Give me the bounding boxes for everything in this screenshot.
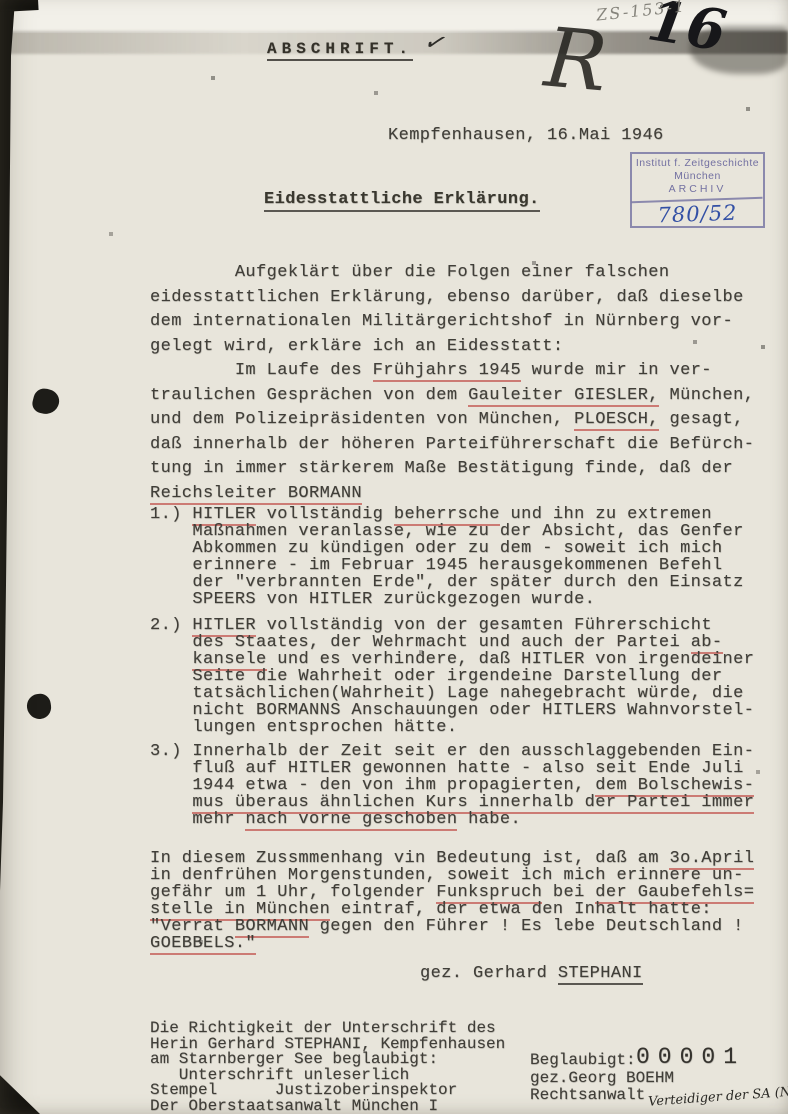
copy-header: ABSCHRIFT. — [267, 40, 413, 61]
typed-line: fluß auf HITLER gewonnen hatte - also se… — [150, 760, 766, 777]
archive-stamp-text: Institut f. Zeitgeschichte München ARCHI… — [632, 154, 763, 199]
typed-text: lungen entsprochen hätte. — [150, 718, 457, 737]
typed-text: mehr — [150, 810, 245, 829]
typed-line: traulichen Gesprächen von dem Gauleiter … — [150, 384, 766, 409]
typed-line: SPEERS von HITLER zurückgezogen wurde. — [150, 591, 766, 608]
typed-line: daß innerhalb der höheren Parteiführersc… — [150, 433, 766, 458]
typed-line: In diesem Zussmmenhang vin Bedeutung ist… — [150, 850, 766, 867]
typed-text: München, — [659, 386, 754, 405]
typed-body: Aufgeklärt über die Folgen einer falsche… — [150, 261, 766, 952]
typed-text: Aufgeklärt über die Folgen einer falsche… — [150, 263, 669, 282]
stamp-line-3: ARCHIV — [632, 183, 763, 196]
typed-line: gelegt wird, erkläre ich an Eidesstatt: — [150, 335, 766, 360]
typed-line: stelle in München eintraf, der etwa den … — [150, 901, 766, 918]
typed-line: Maßnahmen veranlasse, wie zu der Absicht… — [150, 523, 766, 540]
typed-text: habe. — [457, 810, 521, 829]
hole-punch-dot — [25, 692, 52, 720]
paragraph-item1: 1.) HITLER vollständig beherrsche und ih… — [150, 506, 766, 608]
typed-line: nicht BORMANNS Anschauungen oder HITLERS… — [150, 702, 766, 719]
typed-line: tung in immer stärkerem Maße Bestätigung… — [150, 457, 766, 482]
signature-prefix: gez. Gerhard — [420, 964, 558, 983]
certification-left: Die Richtigkeit der Unterschrift desHeri… — [150, 1021, 505, 1114]
typed-text: Im Laufe des — [150, 361, 373, 380]
scan-corner-top-left — [0, 0, 39, 12]
document-title: Eidesstattliche Erklärung. — [264, 190, 540, 212]
archive-stamp: Institut f. Zeitgeschichte München ARCHI… — [630, 152, 765, 228]
underlined-text: PLOESCH, — [574, 410, 659, 431]
typed-line: mus überaus ähnlichen Kurs innerhalb der… — [150, 794, 766, 811]
archive-number: 780/52 — [632, 197, 764, 231]
typed-text: eidesstattlichen Erklärung, ebenso darüb… — [150, 288, 744, 307]
typed-text: gelegt wird, erkläre ich an Eidesstatt: — [150, 337, 563, 356]
typed-line: "Verrat BORMANN gegen den Führer ! Es le… — [150, 918, 766, 935]
signature-name: STEPHANI — [558, 964, 643, 985]
paragraph-closing: In diesem Zussmmenhang vin Bedeutung ist… — [150, 850, 766, 952]
hole-punch-dot — [30, 386, 61, 417]
typed-line: kansele und es verhindere, daß HITLER vo… — [150, 651, 766, 668]
stamp-line-2: München — [632, 170, 763, 183]
typed-line: eidesstattlichen Erklärung, ebenso darüb… — [150, 286, 766, 311]
typed-line: Reichsleiter BORMANN — [150, 482, 766, 507]
typed-text: daß innerhalb der höheren Parteiführersc… — [150, 435, 754, 454]
typed-line: 2.) HITLER vollständig von der gesamten … — [150, 617, 766, 634]
typed-text: und dem Polizeipräsidenten von München, — [150, 410, 574, 429]
typed-line: in denfrühen Morgenstunden, soweit ich m… — [150, 867, 766, 884]
underlined-text: nach vorne geschoben — [245, 810, 457, 831]
typed-line: 3.) Innerhalb der Zeit seit er den aussc… — [150, 743, 766, 760]
typed-text: tung in immer stärkerem Maße Bestätigung… — [150, 459, 733, 478]
scanned-affidavit-page: ABSCHRIFT. ✓ R 16 ZS-153-1 Kempfenhausen… — [0, 0, 788, 1114]
typed-text: wurde mir in ver- — [521, 361, 712, 380]
typed-line: Seite die Wahrheit oder irgendeine Darst… — [150, 668, 766, 685]
typed-text: gegen den Führer ! Es lebe Deutschland ! — [309, 917, 744, 936]
typed-line: tatsächlichen(Wahrheit) Lage nahegebrach… — [150, 685, 766, 702]
typed-line: dem internationalen Militärgerichtshof i… — [150, 310, 766, 335]
typed-line: lungen entsprochen hätte. — [150, 719, 766, 736]
underlined-text: Reichsleiter BORMANN — [150, 484, 362, 505]
page-stamp-number: 00001 — [636, 1044, 745, 1070]
paragraph-intro: Aufgeklärt über die Folgen einer falsche… — [150, 261, 766, 506]
signature-line: gez. Gerhard STEPHANI — [420, 964, 643, 983]
scan-corner-bottom-left — [0, 1070, 40, 1114]
typed-line: Abkommen zu kündigen oder zu dem - sowei… — [150, 540, 766, 557]
dateline: Kempfenhausen, 16.Mai 1946 — [388, 126, 664, 145]
typed-line: gefähr um 1 Uhr, folgender Funkspruch be… — [150, 884, 766, 901]
underlined-text: Gauleiter GIESLER, — [468, 386, 659, 407]
paragraph-item2: 2.) HITLER vollständig von der gesamten … — [150, 617, 766, 736]
typed-line: GOEBBELS." — [150, 935, 766, 952]
handwritten-initial: R — [542, 17, 611, 104]
typed-text: SPEERS von HITLER zurückgezogen wurde. — [150, 590, 595, 609]
typed-text: gesagt, — [659, 410, 744, 429]
typed-line: der "verbrannten Erde", der später durch… — [150, 574, 766, 591]
typed-line: 1944 etwa - den von ihm propagierten, de… — [150, 777, 766, 794]
underlined-text: GOEBBELS." — [150, 934, 256, 955]
typed-line: Aufgeklärt über die Folgen einer falsche… — [150, 261, 766, 286]
certification-line: Der Oberstaatsanwalt München I — [150, 1099, 505, 1114]
typed-text: dem internationalen Militärgerichtshof i… — [150, 312, 733, 331]
paragraph-item3: 3.) Innerhalb der Zeit seit er den aussc… — [150, 743, 766, 828]
typed-line: und dem Polizeipräsidenten von München, … — [150, 408, 766, 433]
typed-line: des Staates, der Wehrmacht und auch der … — [150, 634, 766, 651]
typed-text: traulichen Gesprächen von dem — [150, 386, 468, 405]
typed-line: 1.) HITLER vollständig beherrsche und ih… — [150, 506, 766, 523]
stamp-line-1: Institut f. Zeitgeschichte — [632, 157, 763, 170]
scan-edge-left — [0, 0, 16, 1114]
typed-line: erinnere - im Februar 1945 herausgekomme… — [150, 557, 766, 574]
underlined-text: Frühjahrs 1945 — [373, 361, 521, 382]
typed-line: Im Laufe des Frühjahrs 1945 wurde mir in… — [150, 359, 766, 384]
certifier-name: gez.Georg BOEHM — [530, 1070, 674, 1088]
paper-specks — [0, 0, 2, 2]
